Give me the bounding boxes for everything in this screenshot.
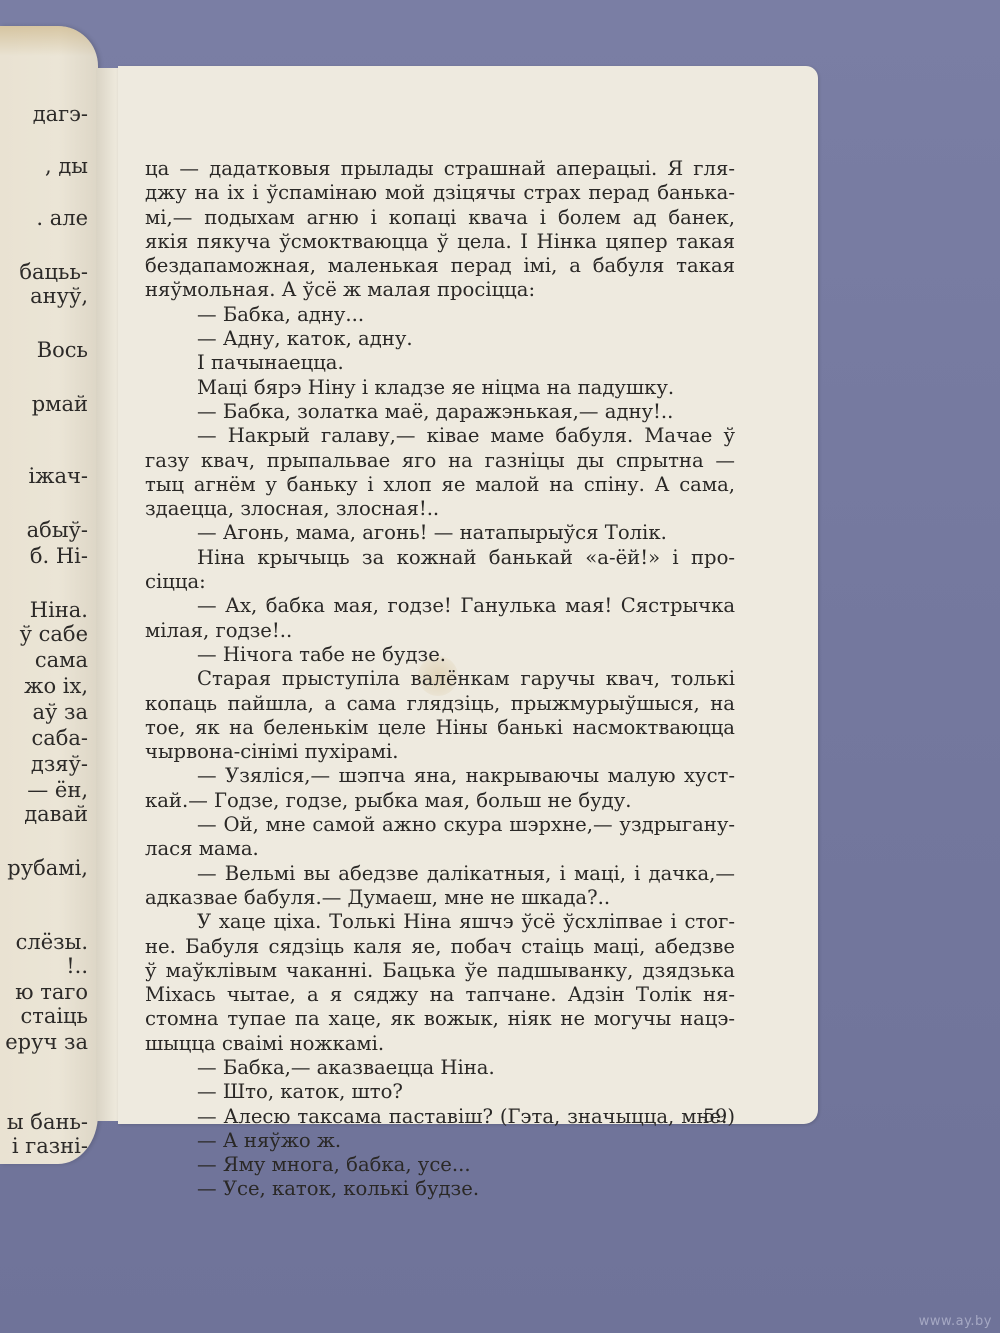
- left-page-line-fragment: Вось: [37, 340, 88, 361]
- text-line: чырвона-сінімі пухірамі.: [145, 740, 735, 764]
- text-line: — Ах, бабка мая, годзе! Ганулька мая! Ся…: [145, 594, 735, 618]
- text-line: бездапаможная, маленькая перад імі, а ба…: [145, 254, 735, 278]
- left-page-line-fragment: рмай: [32, 394, 88, 415]
- text-line: Ніна крычыць за кожнай банькай «а-ёй!» і…: [145, 546, 735, 570]
- page-body-text: ца — дадатковыя прылады страшнай аперацы…: [145, 157, 735, 1202]
- left-page-line-fragment: ы бань-: [7, 1112, 88, 1133]
- text-line: — А няўжо ж.: [145, 1129, 735, 1153]
- text-line: — Вельмі вы абедзве далікатныя, і маці, …: [145, 862, 735, 886]
- left-page-line-fragment: сама: [35, 650, 88, 671]
- left-page-line-fragment: абыў-: [27, 520, 88, 541]
- text-line: ца — дадатковыя прылады страшнай аперацы…: [145, 157, 735, 181]
- left-page-line-fragment: ў сабе: [20, 624, 88, 645]
- left-page-line-fragment: стаіць: [20, 1006, 88, 1027]
- text-line: — Бабка, золатка маё, даражэнькая,— адну…: [145, 400, 735, 424]
- text-line: — Яму многа, бабка, усе...: [145, 1153, 735, 1177]
- left-page-line-fragment: і газні-: [12, 1136, 88, 1157]
- text-line: не. Бабуля сядзіць каля яе, побач стаіць…: [145, 935, 735, 959]
- left-page-line-fragment: бацьь-: [19, 262, 88, 283]
- text-line: — Нічога табе не будзе.: [145, 643, 735, 667]
- text-line: мілая, годзе!..: [145, 619, 735, 643]
- text-line: газу квач, прыпальвае яго на газніцы ды …: [145, 449, 735, 473]
- left-page-line-fragment: рубамі,: [7, 858, 88, 879]
- text-line: стомна тупае па хаце, як вожык, ніяк не …: [145, 1007, 735, 1031]
- text-line: кай.— Годзе, годзе, рыбка мая, больш не …: [145, 789, 735, 813]
- text-line: — Адну, каток, адну.: [145, 327, 735, 351]
- text-line: якія пякуча ўсмоктваюцца ў цела. І Нінка…: [145, 230, 735, 254]
- left-page-line-fragment: ануў,: [30, 286, 88, 307]
- left-page-line-fragment: давай: [24, 804, 88, 825]
- text-line: Міхась чытае, а я сяджу на тапчане. Адзі…: [145, 983, 735, 1007]
- text-line: — Што, каток, што?: [145, 1080, 735, 1104]
- left-page-line-fragment: жо іх,: [24, 676, 88, 697]
- left-page-line-fragment: ю таго: [15, 982, 88, 1003]
- watermark: www.ay.by: [919, 1314, 992, 1329]
- left-page-line-fragment: слёзы.: [16, 932, 88, 953]
- text-line: Маці бярэ Ніну і кладзе яе ніцма на паду…: [145, 376, 735, 400]
- text-line: адказвае бабуля.— Думаеш, мне не шкада?.…: [145, 886, 735, 910]
- text-line: лася мама.: [145, 837, 735, 861]
- text-line: — Усе, каток, колькі будзе.: [145, 1177, 735, 1201]
- text-line: У хаце ціха. Толькі Ніна яшчэ ўсё ўсхліп…: [145, 910, 735, 934]
- text-line: няўмольная. А ўсё ж малая просіцца:: [145, 278, 735, 302]
- left-page-line-fragment: — ён,: [27, 780, 88, 801]
- text-line: здаецца, злосная, злосная!..: [145, 497, 735, 521]
- left-page-line-fragment: іжач-: [28, 466, 88, 487]
- text-line: тыц агнём у баньку і хлоп яе малой на сп…: [145, 473, 735, 497]
- text-line: сіцца:: [145, 570, 735, 594]
- text-line: — Узяліся,— шэпча яна, накрываючы малую …: [145, 764, 735, 788]
- text-line: — Агонь, мама, агонь! — натапырыўся Толі…: [145, 521, 735, 545]
- text-line: тое, як на беленькім целе Ніны банькі на…: [145, 716, 735, 740]
- left-page-line-fragment: саба-: [31, 728, 88, 749]
- left-page-line-fragment: б. Ні-: [30, 546, 88, 567]
- left-page-line-fragment: Ніна.: [30, 600, 88, 621]
- text-line: — Бабка,— аказваецца Ніна.: [145, 1056, 735, 1080]
- text-line: джу на іх і ўспамінаю мой дзіцячы страх …: [145, 181, 735, 205]
- text-line: — Ой, мне самой ажно скура шэрхне,— уздр…: [145, 813, 735, 837]
- text-line: — Накрый галаву,— ківае маме бабуля. Мач…: [145, 424, 735, 448]
- left-page-line-fragment: аў за: [32, 702, 88, 723]
- left-page-line-fragment: . але: [36, 208, 88, 229]
- text-line: шыцца сваімі ножкамі.: [145, 1032, 735, 1056]
- left-page-line-fragment: дагэ-: [33, 104, 88, 125]
- left-page-line-fragment: !..: [66, 956, 88, 977]
- text-line: — Алесю таксама паставіш? (Гэта, значыцц…: [145, 1105, 735, 1129]
- left-page: дагэ-, ды. алебацьь-ануў,Восьрмайіжач-аб…: [0, 26, 98, 1164]
- page-number: 59: [703, 1105, 727, 1127]
- text-line: — Бабка, адну...: [145, 303, 735, 327]
- text-line: Старая прыступіла валёнкам гаручы квач, …: [145, 667, 735, 691]
- text-line: копаць пайшла, а сама глядзіць, прыжмуры…: [145, 692, 735, 716]
- text-line: мі,— подыхам агню і копаці квача і болем…: [145, 206, 735, 230]
- text-line: ў маўклівым чаканні. Бацька ўе падшыванк…: [145, 959, 735, 983]
- left-page-line-fragment: дзяў-: [31, 754, 88, 775]
- left-page-line-fragment: еруч за: [5, 1032, 88, 1053]
- left-page-line-fragment: , ды: [45, 156, 88, 177]
- text-line: І пачынаецца.: [145, 351, 735, 375]
